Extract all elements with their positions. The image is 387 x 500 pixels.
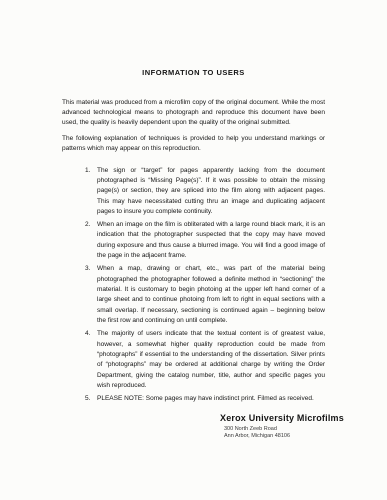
list-item-3: 3. When a map, drawing or chart, etc., w… <box>62 264 325 326</box>
list-item-4-text: The majority of users indicate that the … <box>97 329 325 391</box>
list-item-1-text: The sign or “target” for pages apparentl… <box>97 166 325 218</box>
list-item-5: 5. PLEASE NOTE: Some pages may have indi… <box>62 394 325 404</box>
list-item-1: 1. The sign or “target” for pages appare… <box>62 166 325 218</box>
intro-paragraph-1: This material was produced from a microf… <box>62 98 325 129</box>
list-item-3-text: When a map, drawing or chart, etc., was … <box>97 264 325 326</box>
list-item-2-text: When an image on the film is obliterated… <box>97 220 325 262</box>
page-title: INFORMATION TO USERS <box>62 68 325 79</box>
page-content: INFORMATION TO USERS This material was p… <box>62 68 325 440</box>
list-item-5-text: PLEASE NOTE: Some pages may have indisti… <box>97 394 325 404</box>
publisher-address-line1: 300 North Zeeb Road <box>224 426 325 433</box>
list-item-2-number: 2. <box>85 220 97 262</box>
numbered-list: 1. The sign or “target” for pages appare… <box>62 166 325 405</box>
list-item-5-number: 5. <box>85 394 97 404</box>
intro-paragraph-2: The following explanation of techniques … <box>62 134 325 155</box>
document-page: INFORMATION TO USERS This material was p… <box>0 0 387 500</box>
publisher-address-line2: Ann Arbor, Michigan 48106 <box>224 433 325 440</box>
list-item-3-number: 3. <box>85 264 97 326</box>
list-item-1-number: 1. <box>85 166 97 218</box>
list-item-4: 4. The majority of users indicate that t… <box>62 329 325 391</box>
list-item-4-number: 4. <box>85 329 97 391</box>
signature-block: Xerox University Microfilms 300 North Ze… <box>220 413 325 440</box>
publisher-name: Xerox University Microfilms <box>220 413 325 424</box>
list-item-2: 2. When an image on the film is oblitera… <box>62 220 325 262</box>
